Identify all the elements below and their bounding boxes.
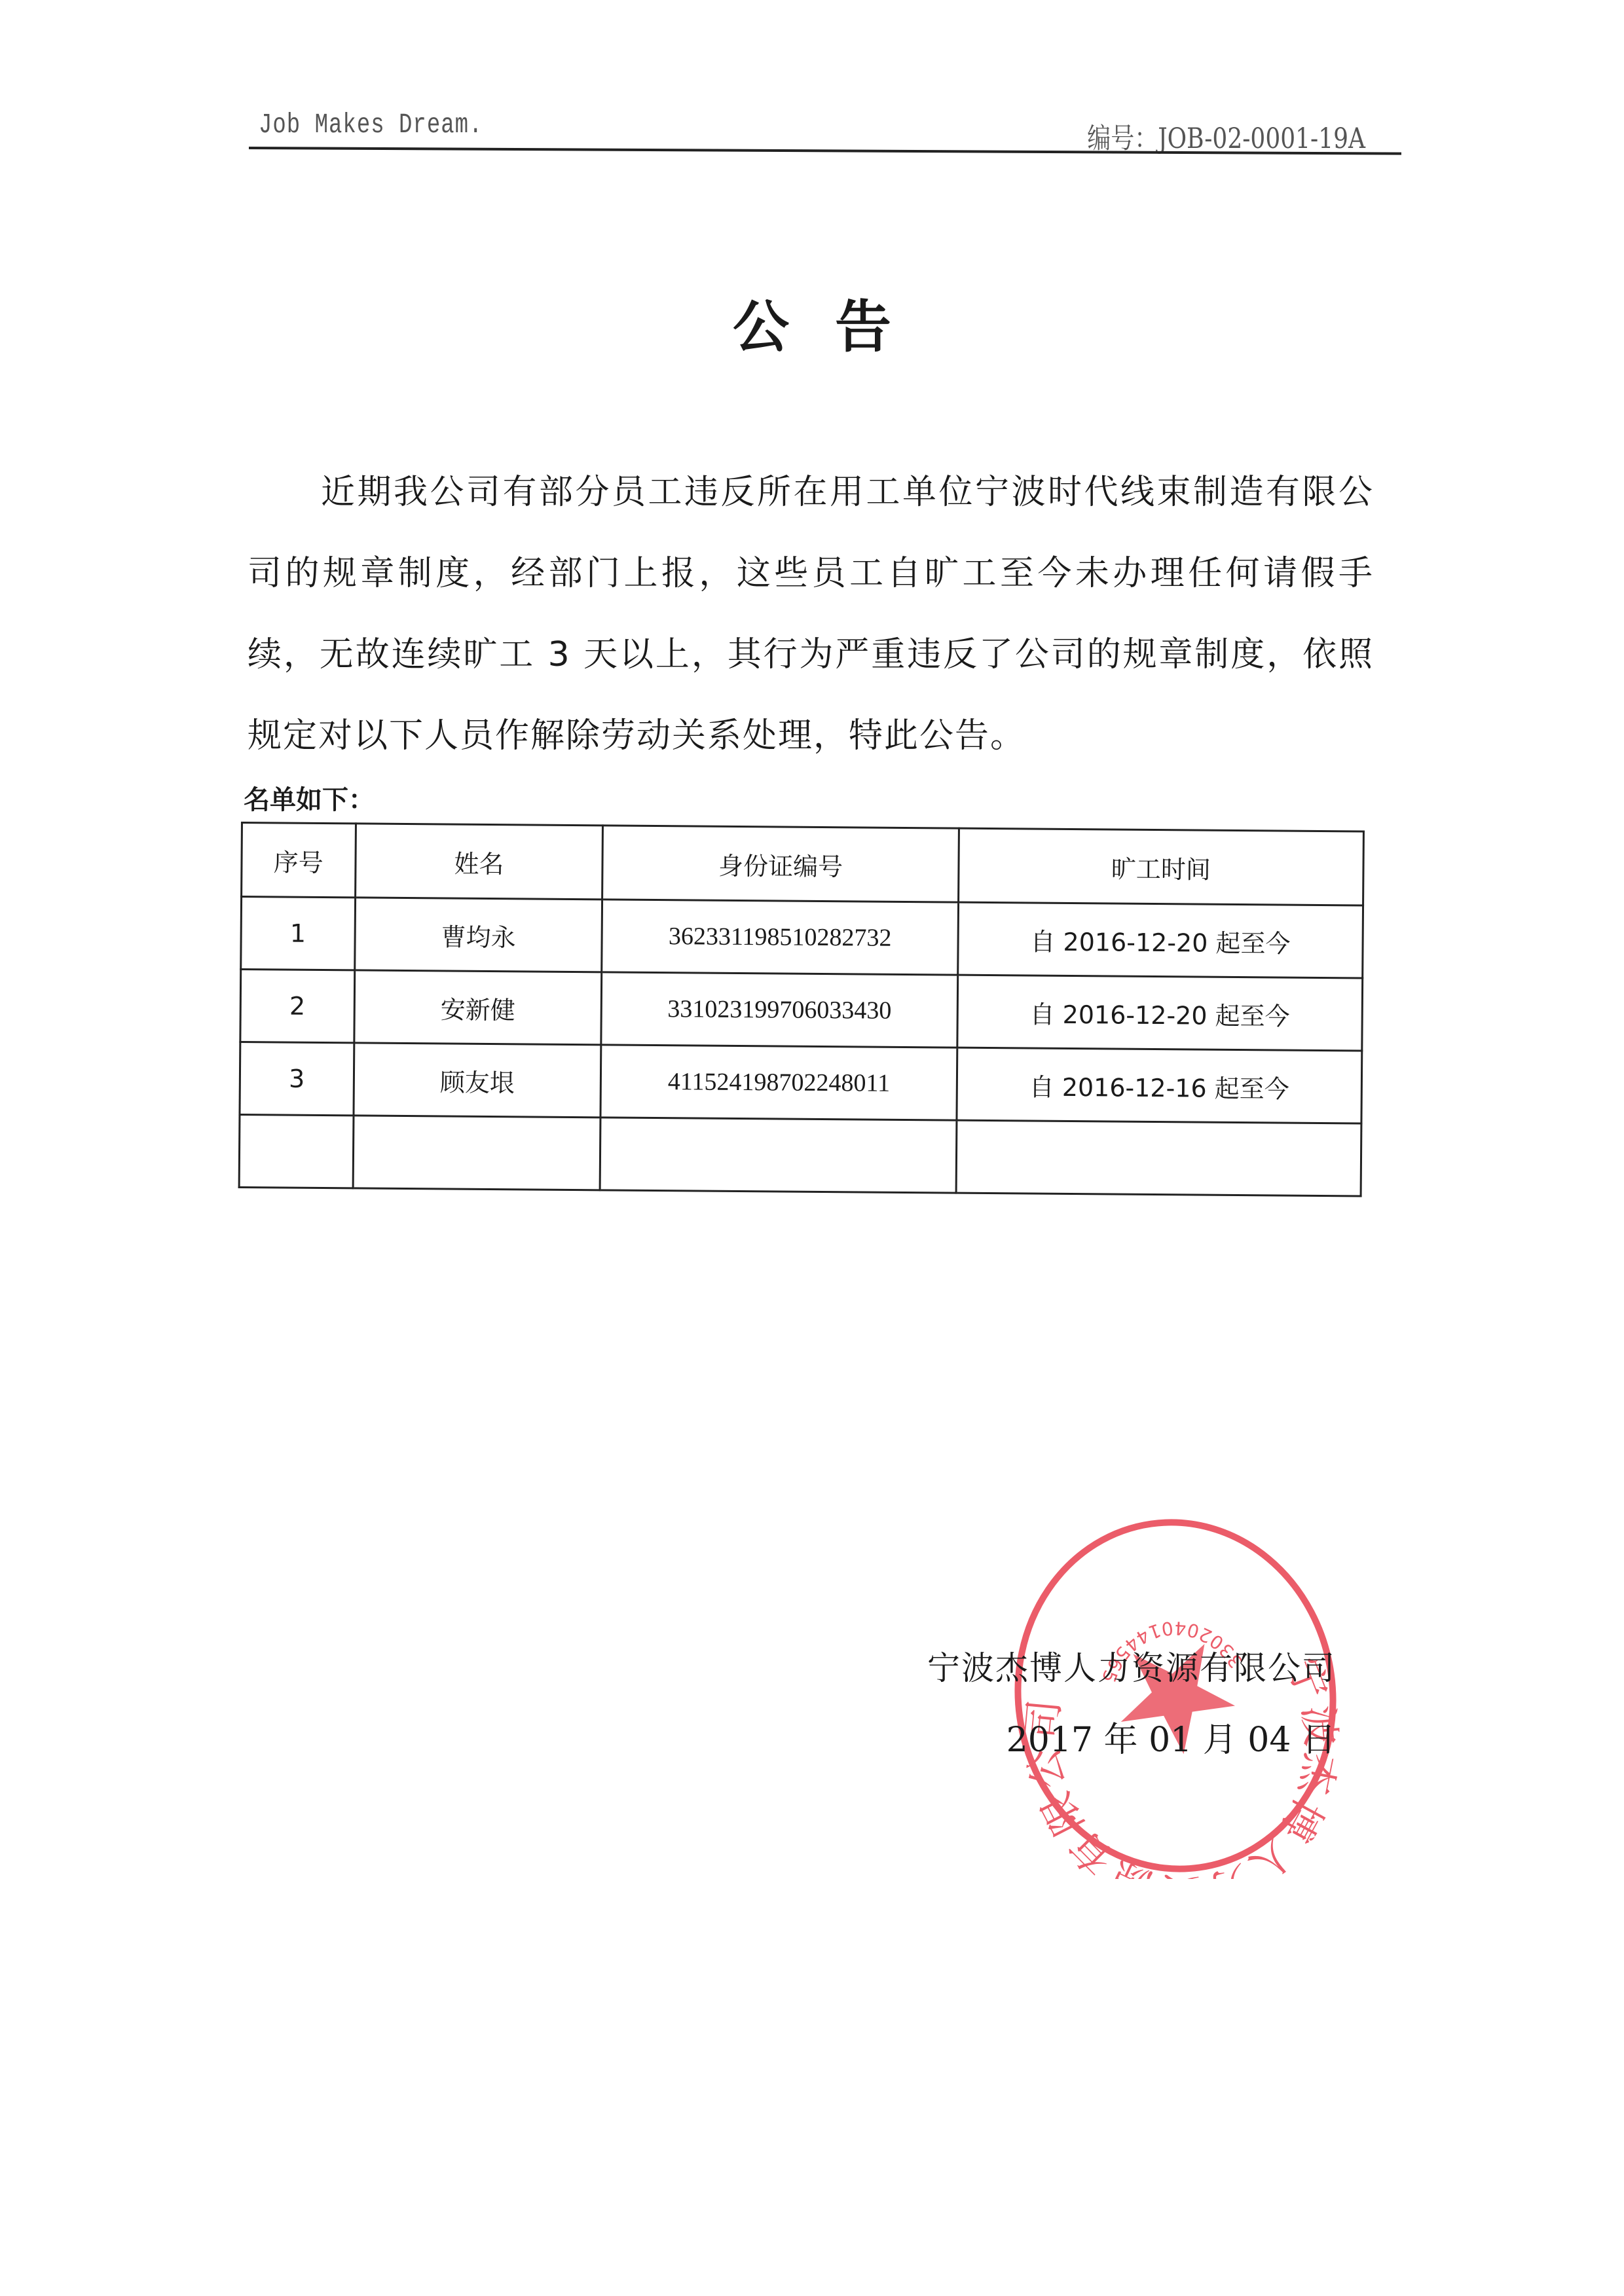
issue-date: 2017 年 01 月 04 日 [1006, 1712, 1336, 1761]
cell-id: 362331198510282732 [602, 900, 958, 975]
cell-period: 自 2016-12-20 起至今 [957, 975, 1363, 1051]
issuer-company: 宁波杰博人力资源有限公司 [927, 1642, 1336, 1689]
cell-name: 顾友垠 [354, 1043, 602, 1118]
notice-paragraph: 近期我公司有部分员工违反所在用工单位宁波时代线束制造有限公司的规章制度，经部门上… [248, 452, 1374, 776]
list-label: 名单如下： [244, 779, 375, 816]
table-header-row: 序号 姓名 身份证编号 旷工时间 [242, 823, 1364, 905]
table-row: 1 曹均永 362331198510282732 自 2016-12-20 起至… [241, 897, 1363, 978]
cell-id: 331023199706033430 [601, 972, 957, 1048]
cell-name: 曹均永 [354, 898, 602, 972]
cell-no: 3 [240, 1042, 354, 1116]
cell-no: 2 [240, 970, 354, 1043]
cell-period [956, 1120, 1361, 1196]
cell-name [353, 1116, 601, 1190]
page-title: 公告 [0, 282, 1624, 363]
cell-id: 411524198702248011 [600, 1045, 957, 1120]
dismissal-table: 序号 姓名 身份证编号 旷工时间 1 曹均永 36233119851028273… [238, 822, 1365, 1197]
cell-period: 自 2016-12-20 起至今 [957, 902, 1363, 978]
cell-id [600, 1118, 957, 1193]
header-no: 序号 [242, 823, 356, 898]
cell-no: 1 [241, 897, 355, 970]
company-seal-icon: 宁波杰博人力资源有限公司 3302040144565 [1008, 1512, 1342, 1879]
cell-no [239, 1114, 353, 1188]
header-period: 旷工时间 [958, 828, 1363, 905]
table-row-empty [239, 1114, 1361, 1195]
cell-period: 自 2016-12-16 起至今 [957, 1048, 1362, 1123]
notice-body: 近期我公司有部分员工违反所在用工单位宁波时代线束制造有限公司的规章制度，经部门上… [248, 452, 1374, 776]
table-row: 3 顾友垠 411524198702248011 自 2016-12-16 起至… [240, 1042, 1362, 1123]
table-row: 2 安新健 331023199706033430 自 2016-12-20 起至… [240, 970, 1363, 1051]
header-slogan: Job Makes Dream. [259, 110, 483, 141]
header-id: 身份证编号 [602, 826, 959, 902]
header-name: 姓名 [355, 824, 603, 900]
cell-name: 安新健 [354, 970, 602, 1045]
